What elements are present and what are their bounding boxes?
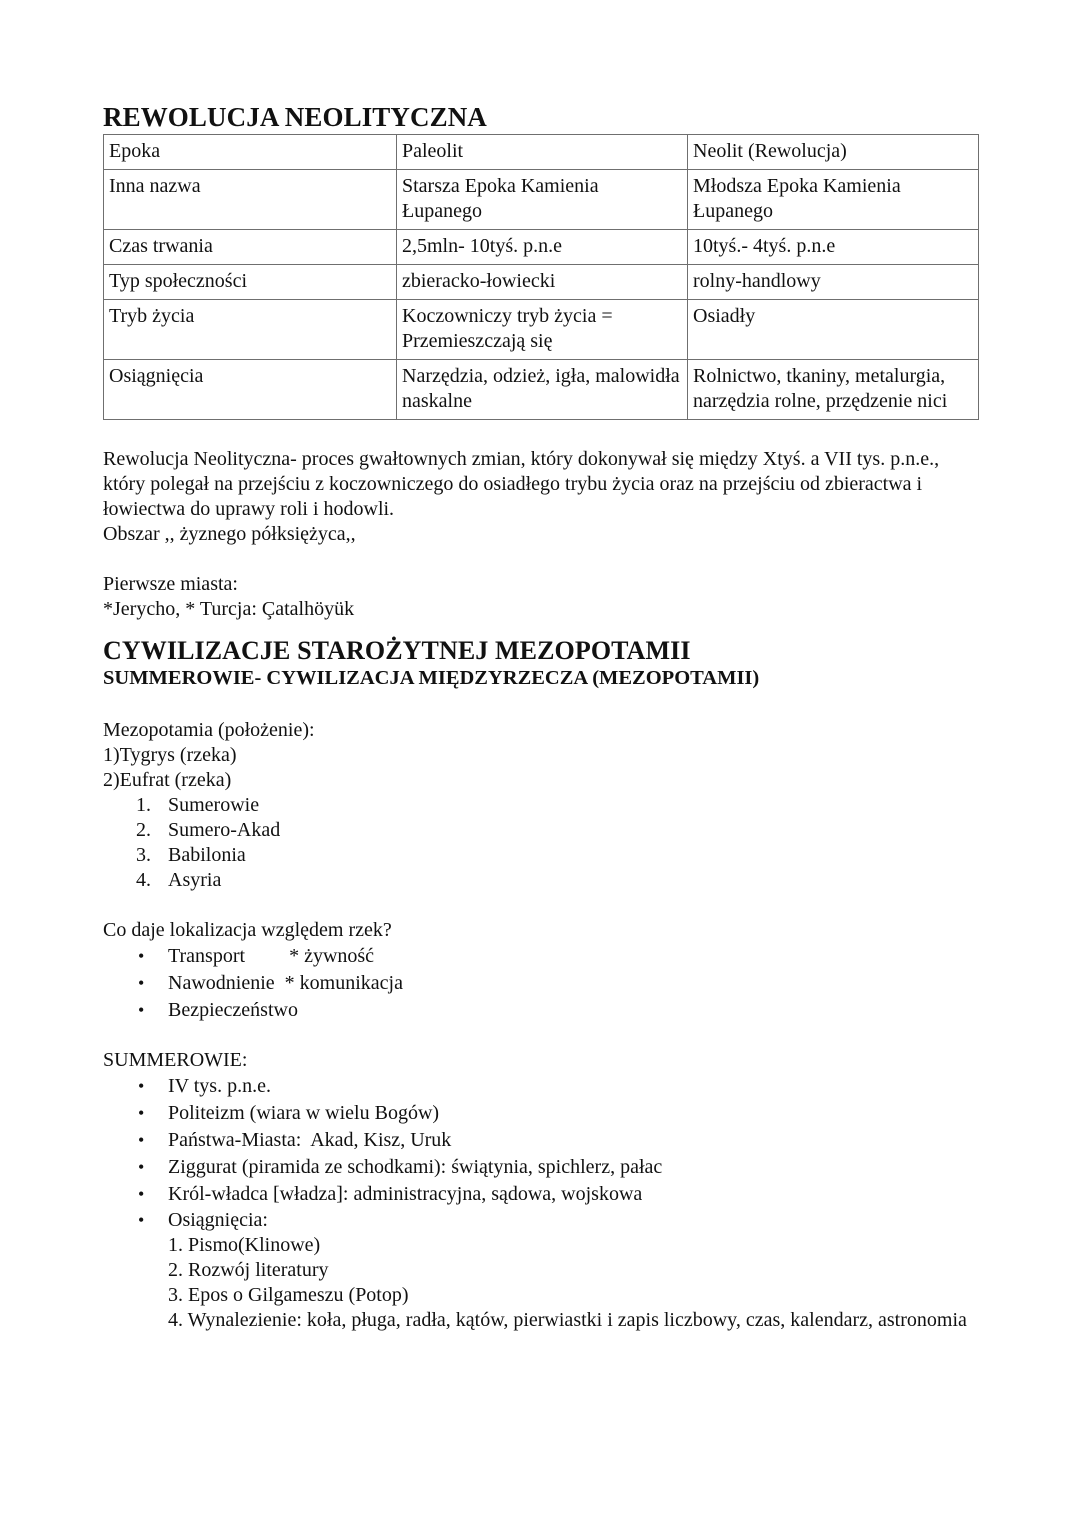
list-item: • Transport* żywność <box>103 943 983 970</box>
list-item: • Nawodnienie* komunikacja <box>103 970 983 997</box>
table-cell: Osiadły <box>688 300 979 360</box>
bullet-icon: • <box>138 1073 144 1100</box>
table-cell: Koczowniczy tryb życia = Przemieszczają … <box>397 300 688 360</box>
bullet-icon: • <box>138 1100 144 1127</box>
list-item: •Politeizm (wiara w wielu Bogów) <box>103 1100 983 1127</box>
table-cell: Młodsza Epoka Kamienia Łupanego <box>688 170 979 230</box>
list-item: • Bezpieczeństwo <box>103 997 983 1024</box>
table-cell: 2,5mln- 10tyś. p.n.e <box>397 230 688 265</box>
list-item: 4.Asyria <box>103 868 983 893</box>
list-item: •Król-władca [władza]: administracyjna, … <box>103 1181 983 1208</box>
table-cell: Starsza Epoka Kamienia Łupanego <box>397 170 688 230</box>
table-row: Czas trwania 2,5mln- 10tyś. p.n.e 10tyś.… <box>104 230 979 265</box>
neolithic-definition: Rewolucja Neolityczna- proces gwałtownyc… <box>103 447 963 522</box>
table-row: Tryb życia Koczowniczy tryb życia = Prze… <box>104 300 979 360</box>
table-cell: Rolnictwo, tkaniny, metalurgia, narzędzi… <box>688 360 979 420</box>
table-cell: Typ społeczności <box>104 265 397 300</box>
table-cell: Epoka <box>104 135 397 170</box>
river-item: 2)Eufrat (rzeka) <box>103 768 983 793</box>
list-item: •Państwa-Miasta: Akad, Kisz, Uruk <box>103 1127 983 1154</box>
table-row: Inna nazwa Starsza Epoka Kamienia Łupane… <box>104 170 979 230</box>
list-item: •IV tys. p.n.e. <box>103 1073 983 1100</box>
bullet-icon: • <box>138 1181 144 1208</box>
section-title-mesopotamia: CYWILIZACJE STAROŻYTNEJ MEZOPOTAMII <box>103 636 983 666</box>
sumerians-label: SUMMEROWIE: <box>103 1048 983 1073</box>
table-cell: 10tyś.- 4tyś. p.n.e <box>688 230 979 265</box>
list-item: 2. Rozwój literatury <box>168 1258 978 1283</box>
bullet-icon: • <box>138 1208 144 1233</box>
bullet-icon: • <box>138 970 144 997</box>
table-row: Typ społeczności zbieracko-łowiecki roln… <box>104 265 979 300</box>
section-title-neolithic: REWOLUCJA NEOLITYCZNA <box>103 100 983 134</box>
list-item: •Ziggurat (piramida ze schodkami): świąt… <box>103 1154 983 1181</box>
table-row: Osiągnięcia Narzędzia, odzież, igła, mal… <box>104 360 979 420</box>
rivers-benefits-list: • Transport* żywność • Nawodnienie* komu… <box>103 943 983 1024</box>
first-cities-list: *Jerycho, * Turcja: Çatalhöyük <box>103 597 983 622</box>
bullet-icon: • <box>138 943 144 970</box>
bullet-icon: • <box>138 997 144 1024</box>
fertile-crescent-note: Obszar ,, żyznego półksiężyca,, <box>103 522 983 547</box>
rivers-question: Co daje lokalizacja względem rzek? <box>103 918 983 943</box>
section-subtitle-sumerians: SUMMEROWIE- CYWILIZACJA MIĘDZYRZECZA (ME… <box>103 666 983 690</box>
mesopotamia-location-label: Mezopotamia (położenie): <box>103 718 983 743</box>
table-cell: Paleolit <box>397 135 688 170</box>
bullet-icon: • <box>138 1127 144 1154</box>
list-item: 2.Sumero-Akad <box>103 818 983 843</box>
document-page: REWOLUCJA NEOLITYCZNA Epoka Paleolit Neo… <box>103 100 983 1333</box>
list-item: 3. Epos o Gilgameszu (Potop) <box>168 1283 978 1308</box>
table-cell: Osiągnięcia <box>104 360 397 420</box>
table-cell: rolny-handlowy <box>688 265 979 300</box>
table-cell: Tryb życia <box>104 300 397 360</box>
list-item: 3.Babilonia <box>103 843 983 868</box>
table-cell: Czas trwania <box>104 230 397 265</box>
list-item: •Osiągnięcia: <box>103 1208 983 1233</box>
river-item: 1)Tygrys (rzeka) <box>103 743 983 768</box>
table-cell: Neolit (Rewolucja) <box>688 135 979 170</box>
list-item: 4. Wynalezienie: koła, pługa, radła, kąt… <box>168 1308 978 1333</box>
epoch-comparison-table: Epoka Paleolit Neolit (Rewolucja) Inna n… <box>103 134 979 420</box>
table-cell: Narzędzia, odzież, igła, malowidła naska… <box>397 360 688 420</box>
table-header-row: Epoka Paleolit Neolit (Rewolucja) <box>104 135 979 170</box>
table-cell: zbieracko-łowiecki <box>397 265 688 300</box>
first-cities-label: Pierwsze miasta: <box>103 572 983 597</box>
bullet-icon: • <box>138 1154 144 1181</box>
civilizations-list: 1.Sumerowie 2.Sumero-Akad 3.Babilonia 4.… <box>103 793 983 893</box>
list-item: 1. Pismo(Klinowe) <box>168 1233 978 1258</box>
list-item: 1.Sumerowie <box>103 793 983 818</box>
table-cell: Inna nazwa <box>104 170 397 230</box>
sumerians-list: •IV tys. p.n.e. •Politeizm (wiara w wiel… <box>103 1073 983 1233</box>
achievements-list: 1. Pismo(Klinowe) 2. Rozwój literatury 3… <box>103 1233 978 1333</box>
